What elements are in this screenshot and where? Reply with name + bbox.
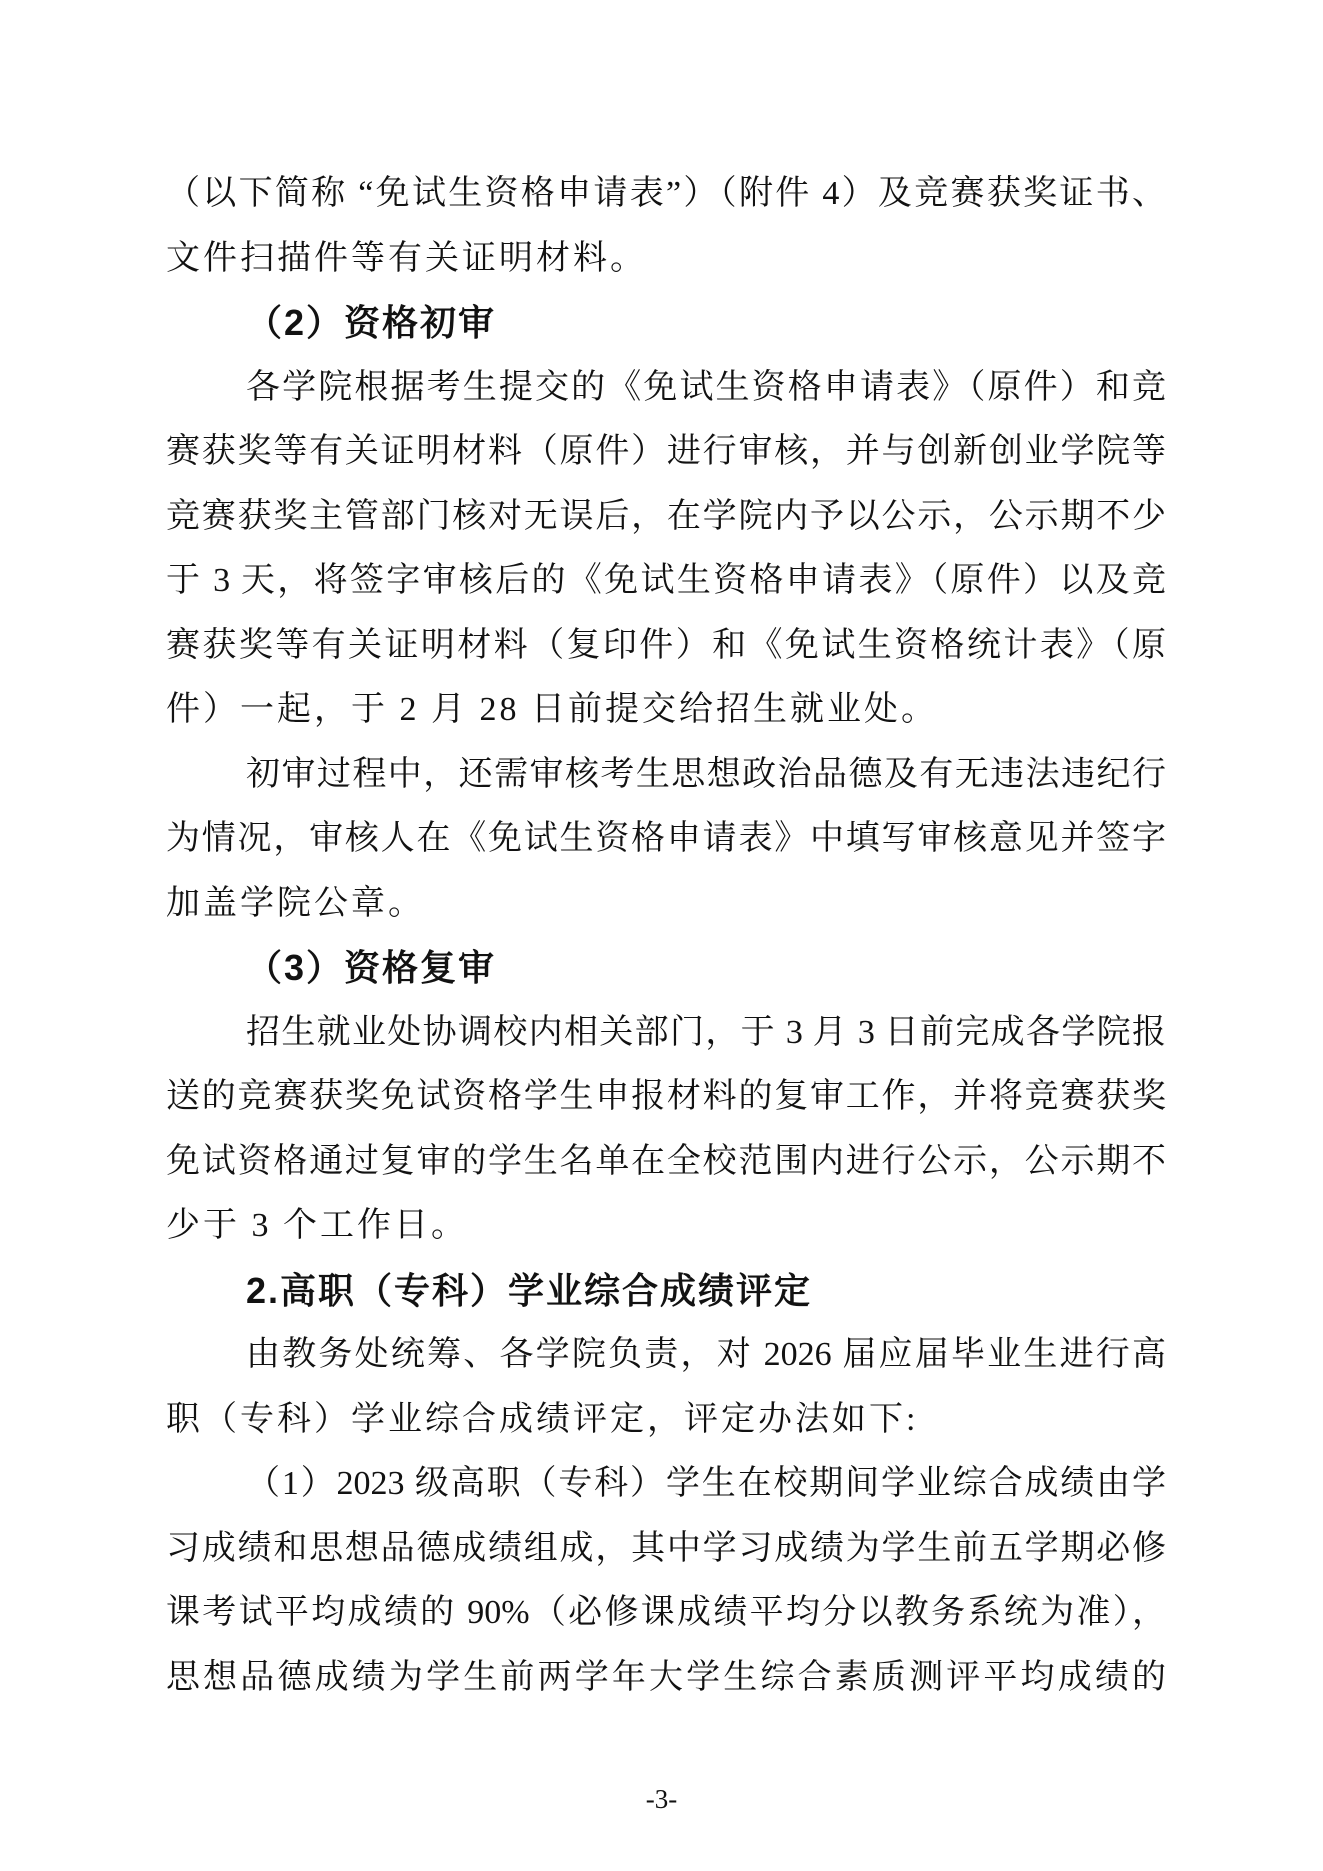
- text-line: 由教务处统筹、各学院负责，对 2026 届应届毕业生进行高: [166, 1323, 1166, 1388]
- text-line: （1）2023 级高职（专科）学生在校期间学业综合成绩由学: [166, 1452, 1166, 1517]
- text-line: 赛获奖等有关证明材料（复印件）和《免试生资格统计表》（原: [166, 614, 1166, 679]
- text-line: 赛获奖等有关证明材料（原件）进行审核，并与创新创业学院等: [166, 420, 1166, 485]
- heading-line: 2.高职（专科）学业综合成绩评定: [166, 1259, 1166, 1324]
- text-line: 为情况，审核人在《免试生资格申请表》中填写审核意见并签字: [166, 807, 1166, 872]
- text-line: 各学院根据考生提交的《免试生资格申请表》（原件）和竞: [166, 356, 1166, 421]
- text-line: 少于 3 个工作日。: [166, 1194, 1166, 1259]
- text-line: 初审过程中，还需审核考生思想政治品德及有无违法违纪行: [166, 743, 1166, 808]
- document-body: （以下简称 “免试生资格申请表”）（附件 4）及竞赛获奖证书、文件扫描件等有关证…: [166, 162, 1166, 1710]
- heading-line: （3）资格复审: [166, 936, 1166, 1001]
- text-line: 习成绩和思想品德成绩组成，其中学习成绩为学生前五学期必修: [166, 1517, 1166, 1582]
- text-line: 件）一起，于 2 月 28 日前提交给招生就业处。: [166, 678, 1166, 743]
- text-line: 课考试平均成绩的 90%（必修课成绩平均分以教务系统为准），: [166, 1581, 1166, 1646]
- text-line: 竞赛获奖主管部门核对无误后，在学院内予以公示，公示期不少: [166, 485, 1166, 550]
- text-line: 送的竞赛获奖免试资格学生申报材料的复审工作，并将竞赛获奖: [166, 1065, 1166, 1130]
- text-line: 文件扫描件等有关证明材料。: [166, 227, 1166, 292]
- text-line: （以下简称 “免试生资格申请表”）（附件 4）及竞赛获奖证书、: [166, 162, 1166, 227]
- text-line: 思想品德成绩为学生前两学年大学生综合素质测评平均成绩的: [166, 1646, 1166, 1711]
- text-line: 职（专科）学业综合成绩评定，评定办法如下:: [166, 1388, 1166, 1453]
- page-number: -3-: [0, 1784, 1323, 1815]
- text-line: 加盖学院公章。: [166, 872, 1166, 937]
- page: （以下简称 “免试生资格申请表”）（附件 4）及竞赛获奖证书、文件扫描件等有关证…: [0, 0, 1323, 1871]
- heading-line: （2）资格初审: [166, 291, 1166, 356]
- text-line: 招生就业处协调校内相关部门，于 3 月 3 日前完成各学院报: [166, 1001, 1166, 1066]
- text-line: 于 3 天，将签字审核后的《免试生资格申请表》（原件）以及竞: [166, 549, 1166, 614]
- text-line: 免试资格通过复审的学生名单在全校范围内进行公示，公示期不: [166, 1130, 1166, 1195]
